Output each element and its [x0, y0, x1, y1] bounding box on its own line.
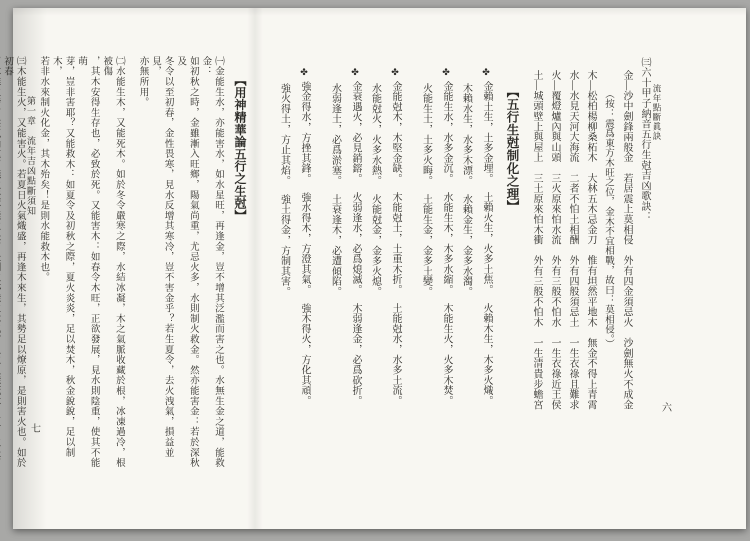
phrase: 土能尅水，水多土流。	[386, 303, 406, 406]
section-intro-column: ㈢六十甲子納音五行生尅吉凶歌訣：	[635, 55, 654, 473]
phrase: 火能生土，土多火晦。	[416, 83, 436, 186]
phrase: 水能尅火，火多水熱。	[365, 83, 385, 186]
body-text-column: 芽，豈非害耶？又能救木：如夏令及初秋之際，夏火炎炎，足以焚木，秋金銳銳，足以制木…	[49, 56, 74, 472]
group-column: 火能生土，土多火晦。土能生金，金多土變。	[416, 55, 436, 473]
phrase: 金能生水，水多金沉。	[437, 81, 457, 184]
phrase: 強土得金，方制其害。	[274, 194, 294, 297]
body-text-column: 若非水來制火化金，其木殆矣！是則水能救木也。	[37, 56, 50, 472]
body-text-column: ㈠金能生水，亦能害水，如水星旺，再逢金，豈不增其泛濫而害之也。水無生金之道，能救…	[199, 56, 224, 472]
paragraph-spacer	[125, 56, 136, 472]
phrase: 土衰逢木，必遭傾陷。	[325, 194, 345, 297]
left-page-content: 【用神精華論五行之生尅】㈠金能生水，亦能害水，如水星旺，再逢金，豈不增其泛濫而害…	[55, 56, 255, 472]
phrase: 水賴金生，金多水濁。	[456, 194, 476, 297]
section-heading: 【五行生尅制化之理】	[501, 55, 522, 473]
phrase: 強金得水，方挫其鋒。	[295, 81, 315, 184]
phrase: 木能生火，火多木焚。	[437, 303, 457, 406]
body-text-column: 如初秋之時，金雖漸入旺鄉，陽氣尚重，尤忌火多，水則制火救金。然亦能害金：若於深秋…	[174, 56, 199, 472]
book-scan-page: 流年點斷眞訣 ㈢六十甲子納音五行生尅吉凶歌訣：金—沙中劍鋒兩般金 若居震上莫相侵…	[0, 0, 750, 541]
group-column: ✤金能尅木，木堅金缺。木能尅土，土重木折。土能尅水，水多土流。	[385, 55, 406, 473]
verse-column: 水—水見天河大海流 二者不怕土相酬 外有四般須忌土 一生衣祿且難求	[563, 55, 581, 473]
body-text-column: 亦無所用。	[136, 56, 149, 472]
right-page-content: ㈢六十甲子納音五行生尅吉凶歌訣：金—沙中劍鋒兩般金 若居震上莫相侵 外有四金須忌…	[262, 55, 654, 473]
page-number-left: 七	[31, 420, 41, 435]
page-number-right: 六	[662, 399, 672, 414]
phrase: 木弱逢金，必爲砍折。	[346, 303, 366, 406]
phrase: 強水得木，方澄其氣。	[295, 192, 315, 295]
group-marker-icon: ✤	[476, 68, 496, 78]
verse-column: 火—覆燈爐內與山頭 三火原來怕水流 外有三般不怕水 一生衣祿近王侯	[545, 55, 563, 473]
group-column: ✤金衰遇火，必見銷鎔。火弱逢水，必爲熄滅。木弱逢金，必爲砍折。	[345, 55, 366, 473]
group-column: 木賴水生，水多木漂。水賴金生，金多水濁。	[456, 55, 476, 473]
phrase: 水弱逢土，必爲淤塞。	[325, 83, 345, 186]
group-column: ✤強金得水，方挫其鋒。強水得木，方澄其氣。強木得火，方化其頑。	[294, 55, 315, 473]
body-text-column: ㈢木能生火，又能害火。若夏日火氣熾盛，再逢木來生，其勢足以燎原，是則害火也。如於…	[1, 56, 26, 472]
body-text-column: ，木雖生發，陰氣尚重，無火暖不能生長，是則火亦能生木也。且火又能死木：夏月火炎，…	[0, 56, 1, 472]
group-column: 水能尅火，火多水熱。火能尅金，金多火熄。	[365, 55, 385, 473]
phrase: 火弱逢水，必爲熄滅。	[346, 192, 366, 295]
group-column: 水弱逢土，必爲淤塞。土衰逢木，必遭傾陷。	[325, 55, 345, 473]
phrase: 水能生木，木多水縮。	[437, 192, 457, 295]
phrase: 土賴火生，火多土焦。	[477, 192, 497, 295]
group-marker-icon: ✤	[385, 68, 405, 78]
phrase: 木賴水生，水多木漂。	[456, 83, 476, 186]
phrase: 強火得土，方止其焰。	[274, 83, 294, 186]
phrase: 金賴土生，土多金埋。	[477, 81, 497, 184]
group-marker-icon: ✤	[294, 68, 314, 78]
phrase: 土能生金，金多土變。	[416, 194, 436, 297]
group-column: ✤金賴土生，土多金埋。土賴火生，火多土焦。火賴木生，木多火熾。	[476, 55, 497, 473]
group-column: 強火得土，方止其焰。強土得金，方制其害。	[274, 55, 294, 473]
group-marker-icon: ✤	[345, 68, 365, 78]
chapter-footer-title: 第一章 流年吉凶點斷須知	[25, 96, 38, 216]
note-column: （按：震爲東方木旺之位，金木不宜相戰，故曰：莫相侵。）	[599, 55, 617, 473]
verse-column: 木—松柏楊柳桑柘木 大林五木忌金刀 惟有坦然平地木 無金不得上青霄	[581, 55, 599, 473]
phrase: 火賴木生，木多火熾。	[477, 303, 497, 406]
body-text-column: ，其木安得生存也，必致於死。又能害木：如春令木旺，正欲發展，見水則陰重，使其不能…	[74, 56, 99, 472]
phrase: 強木得火，方化其頑。	[295, 303, 315, 406]
verse-column: 土—城頭壁上與屋上 三土原來怕木衝 外有三般不怕木 一生清貴步蟾宮	[527, 55, 545, 473]
body-text-column: 冬令以至初春，金性畏寒，見水反增其寒冷，豈不害金乎？若生夏令，去火洩氣，損益並見…	[148, 56, 173, 472]
phrase: 金衰遇火，必見銷鎔。	[346, 81, 366, 184]
section-heading: 【用神精華論五行之生尅】	[230, 56, 250, 472]
phrase: 火能尅金，金多火熄。	[365, 194, 385, 297]
body-text-column: ㈡水能生木，又能死木。如於冬令嚴寒之際，水結冰凝，木之氣脈收藏於根，冰凍過冷，根…	[100, 56, 125, 472]
phrase: 木能尅土，土重木折。	[386, 192, 406, 295]
group-marker-icon: ✤	[436, 68, 456, 78]
phrase: 金能尅木，木堅金缺。	[386, 81, 406, 184]
group-column: ✤金能生水，水多金沉。水能生木，木多水縮。木能生火，火多木焚。	[436, 55, 457, 473]
verse-column: 金—沙中劍鋒兩般金 若居震上莫相侵 外有四金須忌火 沙劍無火不成金	[617, 55, 635, 473]
